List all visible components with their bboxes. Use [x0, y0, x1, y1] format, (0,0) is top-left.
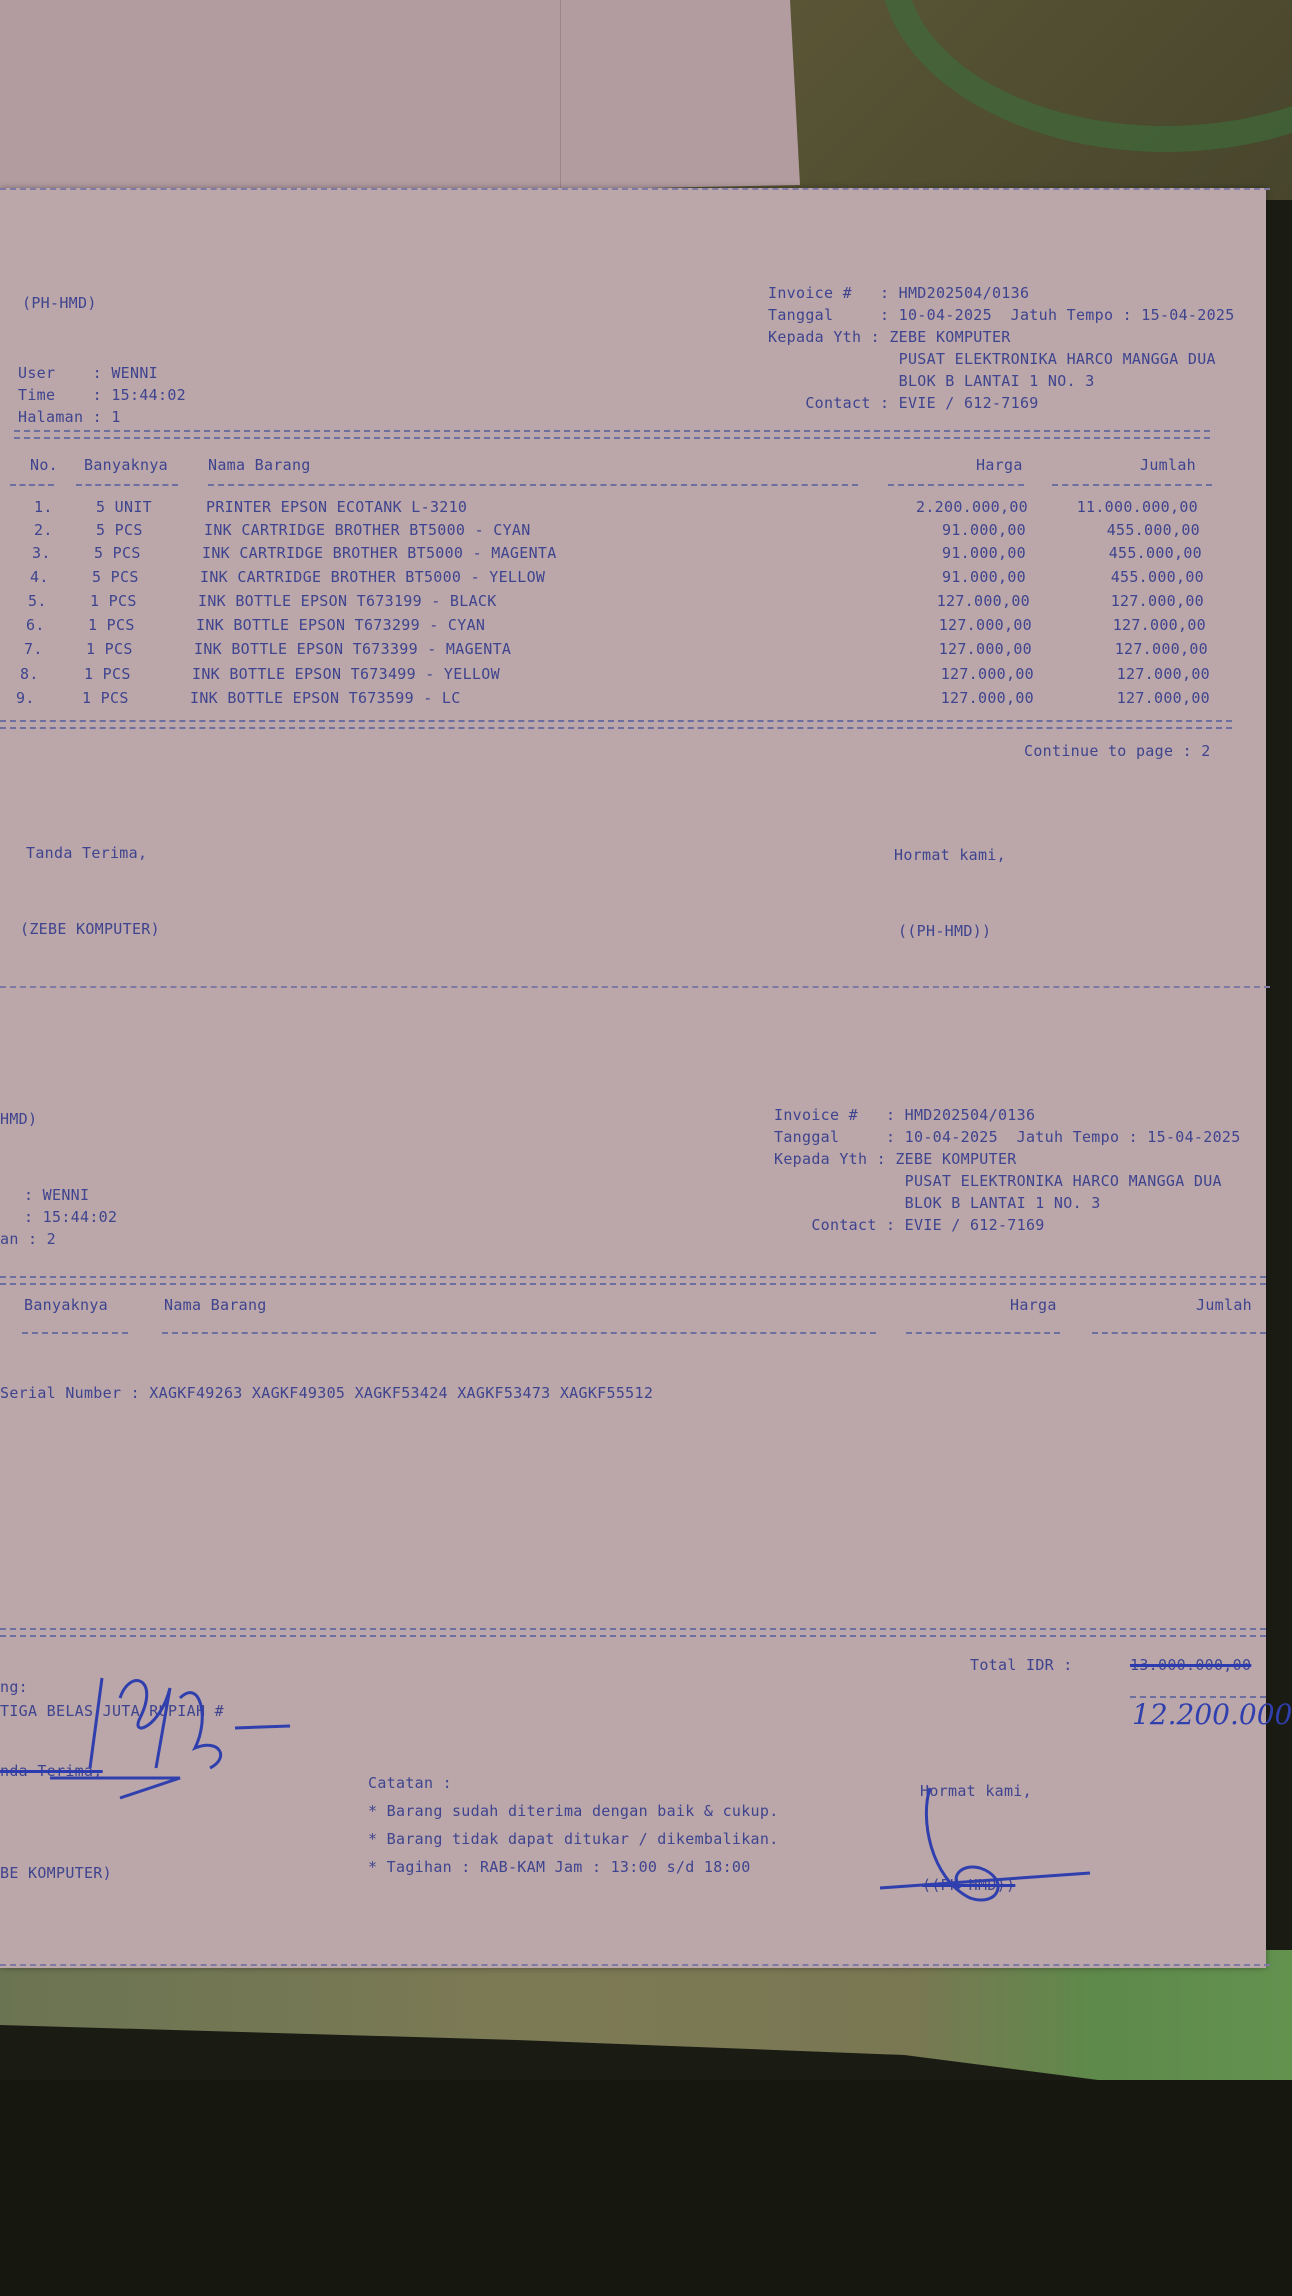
table-row: 9. 1 PCS INK BOTTLE EPSON T673599 - LC 1…	[0, 687, 1266, 709]
item-qty: 5 PCS	[92, 566, 139, 588]
item-no: 1.	[34, 496, 53, 518]
table-row: 5. 1 PCS INK BOTTLE EPSON T673199 - BLAC…	[0, 590, 1266, 612]
item-no: 6.	[26, 614, 45, 636]
terbilang-label: ng:	[0, 1676, 28, 1698]
item-amount: 127.000,00	[1113, 614, 1206, 636]
contact-value: EVIE / 612-7169	[905, 1216, 1045, 1234]
item-no: 5.	[28, 590, 47, 612]
table-row: 1. 5 UNIT PRINTER EPSON ECOTANK L-3210 2…	[0, 496, 1266, 518]
item-qty: 5 PCS	[94, 542, 141, 564]
page-label: Halaman	[18, 408, 83, 426]
contact-label: Contact	[805, 394, 870, 412]
to-address-2: BLOK B LANTAI 1 NO. 3	[905, 1194, 1101, 1212]
col-price: Harga	[976, 454, 1023, 476]
item-name: INK BOTTLE EPSON T673199 - BLACK	[198, 590, 497, 612]
table-row: 7. 1 PCS INK BOTTLE EPSON T673399 - MAGE…	[0, 638, 1266, 660]
item-qty: 1 PCS	[86, 638, 133, 660]
col-rule	[10, 484, 54, 486]
notes-title: Catatan :	[368, 1772, 779, 1794]
item-qty: 1 PCS	[90, 590, 137, 612]
date-label: Tanggal	[768, 306, 833, 324]
company-name: (PH-HMD)	[22, 292, 97, 314]
col-amount: Jumlah	[1196, 1294, 1252, 1316]
item-amount: 455.000,00	[1107, 519, 1200, 541]
divider-double	[0, 1276, 1266, 1285]
col-rule	[208, 484, 858, 486]
user-value: : WENNI	[0, 1184, 117, 1206]
col-item: Nama Barang	[208, 454, 311, 476]
table-row: 2. 5 PCS INK CARTRIDGE BROTHER BT5000 - …	[0, 519, 1266, 541]
time-value: : 15:44:02	[0, 1206, 117, 1228]
item-price: 91.000,00	[942, 566, 1026, 588]
user-value: WENNI	[111, 364, 158, 382]
invoice-label: Invoice #	[774, 1106, 858, 1124]
total-printed-struck: 13.000.000,00	[1130, 1654, 1251, 1676]
col-rule	[906, 1332, 1060, 1334]
invoice-header: Invoice # : HMD202504/0136 Tanggal : 10-…	[768, 282, 1235, 414]
item-amount: 455.000,00	[1109, 542, 1202, 564]
item-price: 127.000,00	[937, 590, 1030, 612]
col-rule	[1092, 1332, 1266, 1334]
to-address-2: BLOK B LANTAI 1 NO. 3	[899, 372, 1095, 390]
due-value: 15-04-2025	[1147, 1128, 1240, 1146]
note-item: * Barang tidak dapat ditukar / dikembali…	[368, 1828, 779, 1850]
col-rule	[22, 1332, 128, 1334]
date-value: 10-04-2025	[899, 306, 992, 324]
col-rule	[162, 1332, 876, 1334]
invoice-number: HMD202504/0136	[905, 1106, 1036, 1124]
divider-double	[0, 1628, 1266, 1637]
col-item: Nama Barang	[164, 1294, 267, 1316]
perforation-bottom	[0, 1964, 1270, 1966]
item-no: 4.	[30, 566, 49, 588]
col-rule	[888, 484, 1024, 486]
signature-recipient	[60, 1658, 300, 1788]
receipt-name: (ZEBE KOMPUTER)	[20, 918, 160, 940]
invoice-sheet: (PH-HMD) User : WENNI Time : 15:44:02 Ha…	[0, 188, 1266, 1968]
perforation-top	[0, 188, 1270, 190]
table-row: 4. 5 PCS INK CARTRIDGE BROTHER BT5000 - …	[0, 566, 1266, 588]
item-qty: 5 PCS	[96, 519, 143, 541]
item-qty: 1 PCS	[82, 687, 129, 709]
item-price: 127.000,00	[941, 687, 1034, 709]
item-name: INK CARTRIDGE BROTHER BT5000 - CYAN	[204, 519, 531, 541]
invoice-number: HMD202504/0136	[899, 284, 1030, 302]
previous-sheet	[0, 0, 800, 200]
item-amount: 127.000,00	[1115, 638, 1208, 660]
item-name: INK BOTTLE EPSON T673399 - MAGENTA	[194, 638, 511, 660]
invoice-label: Invoice #	[768, 284, 852, 302]
date-value: 10-04-2025	[905, 1128, 998, 1146]
due-value: 15-04-2025	[1141, 306, 1234, 324]
item-amount: 127.000,00	[1117, 663, 1210, 685]
meta-block-2: : WENNI : 15:44:02 an : 2	[0, 1184, 117, 1250]
item-price: 91.000,00	[942, 519, 1026, 541]
col-rule	[76, 484, 178, 486]
item-name: INK BOTTLE EPSON T673599 - LC	[190, 687, 461, 709]
item-qty: 1 PCS	[88, 614, 135, 636]
serial-numbers: Serial Number : XAGKF49263 XAGKF49305 XA…	[0, 1382, 653, 1404]
time-label: Time	[18, 386, 55, 404]
col-amount: Jumlah	[1140, 454, 1196, 476]
divider-double	[14, 430, 1210, 439]
col-no: No.	[30, 454, 58, 476]
to-label: Kepada Yth	[768, 328, 861, 346]
date-label: Tanggal	[774, 1128, 839, 1146]
item-name: INK CARTRIDGE BROTHER BT5000 - MAGENTA	[202, 542, 557, 564]
to-address-1: PUSAT ELEKTRONIKA HARCO MANGGA DUA	[905, 1172, 1222, 1190]
item-no: 2.	[34, 519, 53, 541]
company-name-partial: HMD)	[0, 1108, 37, 1130]
item-amount: 11.000.000,00	[1077, 496, 1198, 518]
to-label: Kepada Yth	[774, 1150, 867, 1168]
receipt-name-2: BE KOMPUTER)	[0, 1862, 112, 1884]
meta-block: User : WENNI Time : 15:44:02 Halaman : 1	[18, 362, 186, 428]
to-name: ZEBE KOMPUTER	[895, 1150, 1016, 1168]
item-price: 91.000,00	[942, 542, 1026, 564]
time-value: 15:44:02	[111, 386, 186, 404]
receipt-label: Tanda Terima,	[26, 842, 147, 864]
contact-value: EVIE / 612-7169	[899, 394, 1039, 412]
col-price: Harga	[1010, 1294, 1057, 1316]
table-row: 3. 5 PCS INK CARTRIDGE BROTHER BT5000 - …	[0, 542, 1266, 564]
note-item: * Barang sudah diterima dengan baik & cu…	[368, 1800, 779, 1822]
table-header-2: Banyaknya Nama Barang Harga Jumlah	[0, 1294, 1266, 1316]
regards-name: ((PH-HMD))	[898, 920, 991, 942]
table-header: No. Banyaknya Nama Barang Harga Jumlah	[0, 454, 1266, 476]
background-floor	[0, 1950, 1292, 2100]
item-no: 9.	[16, 687, 35, 709]
col-qty: Banyaknya	[24, 1294, 108, 1316]
item-amount: 455.000,00	[1111, 566, 1204, 588]
signature-sender	[870, 1788, 1110, 1918]
item-amount: 127.000,00	[1117, 687, 1210, 709]
due-label: Jatuh Tempo	[1017, 1128, 1120, 1146]
page-value: 1	[111, 408, 120, 426]
notes-block: Catatan : * Barang sudah diterima dengan…	[368, 1772, 779, 1878]
regards-label: Hormat kami,	[894, 844, 1006, 866]
perforation-page-break	[0, 986, 1270, 988]
item-price: 2.200.000,00	[916, 496, 1028, 518]
item-no: 3.	[32, 542, 51, 564]
continue-note: Continue to page : 2	[1024, 740, 1211, 762]
page-value: an : 2	[0, 1228, 117, 1250]
user-label: User	[18, 364, 55, 382]
item-name: PRINTER EPSON ECOTANK L-3210	[206, 496, 467, 518]
item-name: INK BOTTLE EPSON T673499 - YELLOW	[192, 663, 500, 685]
note-item: * Tagihan : RAB-KAM Jam : 13:00 s/d 18:0…	[368, 1856, 779, 1878]
item-price: 127.000,00	[941, 663, 1034, 685]
total-label: Total IDR :	[970, 1654, 1073, 1676]
background-dark	[0, 2080, 1292, 2296]
total-handwritten: 12.200.000,-	[1132, 1698, 1292, 1731]
to-name: ZEBE KOMPUTER	[889, 328, 1010, 346]
table-row: 6. 1 PCS INK BOTTLE EPSON T673299 - CYAN…	[0, 614, 1266, 636]
contact-label: Contact	[811, 1216, 876, 1234]
col-rule	[1052, 484, 1212, 486]
item-price: 127.000,00	[939, 614, 1032, 636]
item-qty: 1 PCS	[84, 663, 131, 685]
item-no: 8.	[20, 663, 39, 685]
item-name: INK BOTTLE EPSON T673299 - CYAN	[196, 614, 485, 636]
to-address-1: PUSAT ELEKTRONIKA HARCO MANGGA DUA	[899, 350, 1216, 368]
item-name: INK CARTRIDGE BROTHER BT5000 - YELLOW	[200, 566, 545, 588]
item-price: 127.000,00	[939, 638, 1032, 660]
divider-double	[0, 720, 1232, 729]
item-no: 7.	[24, 638, 43, 660]
item-amount: 127.000,00	[1111, 590, 1204, 612]
due-label: Jatuh Tempo	[1011, 306, 1114, 324]
invoice-header-2: Invoice # : HMD202504/0136 Tanggal : 10-…	[774, 1104, 1241, 1236]
col-qty: Banyaknya	[84, 454, 168, 476]
table-row: 8. 1 PCS INK BOTTLE EPSON T673499 - YELL…	[0, 663, 1266, 685]
item-qty: 5 UNIT	[96, 496, 152, 518]
